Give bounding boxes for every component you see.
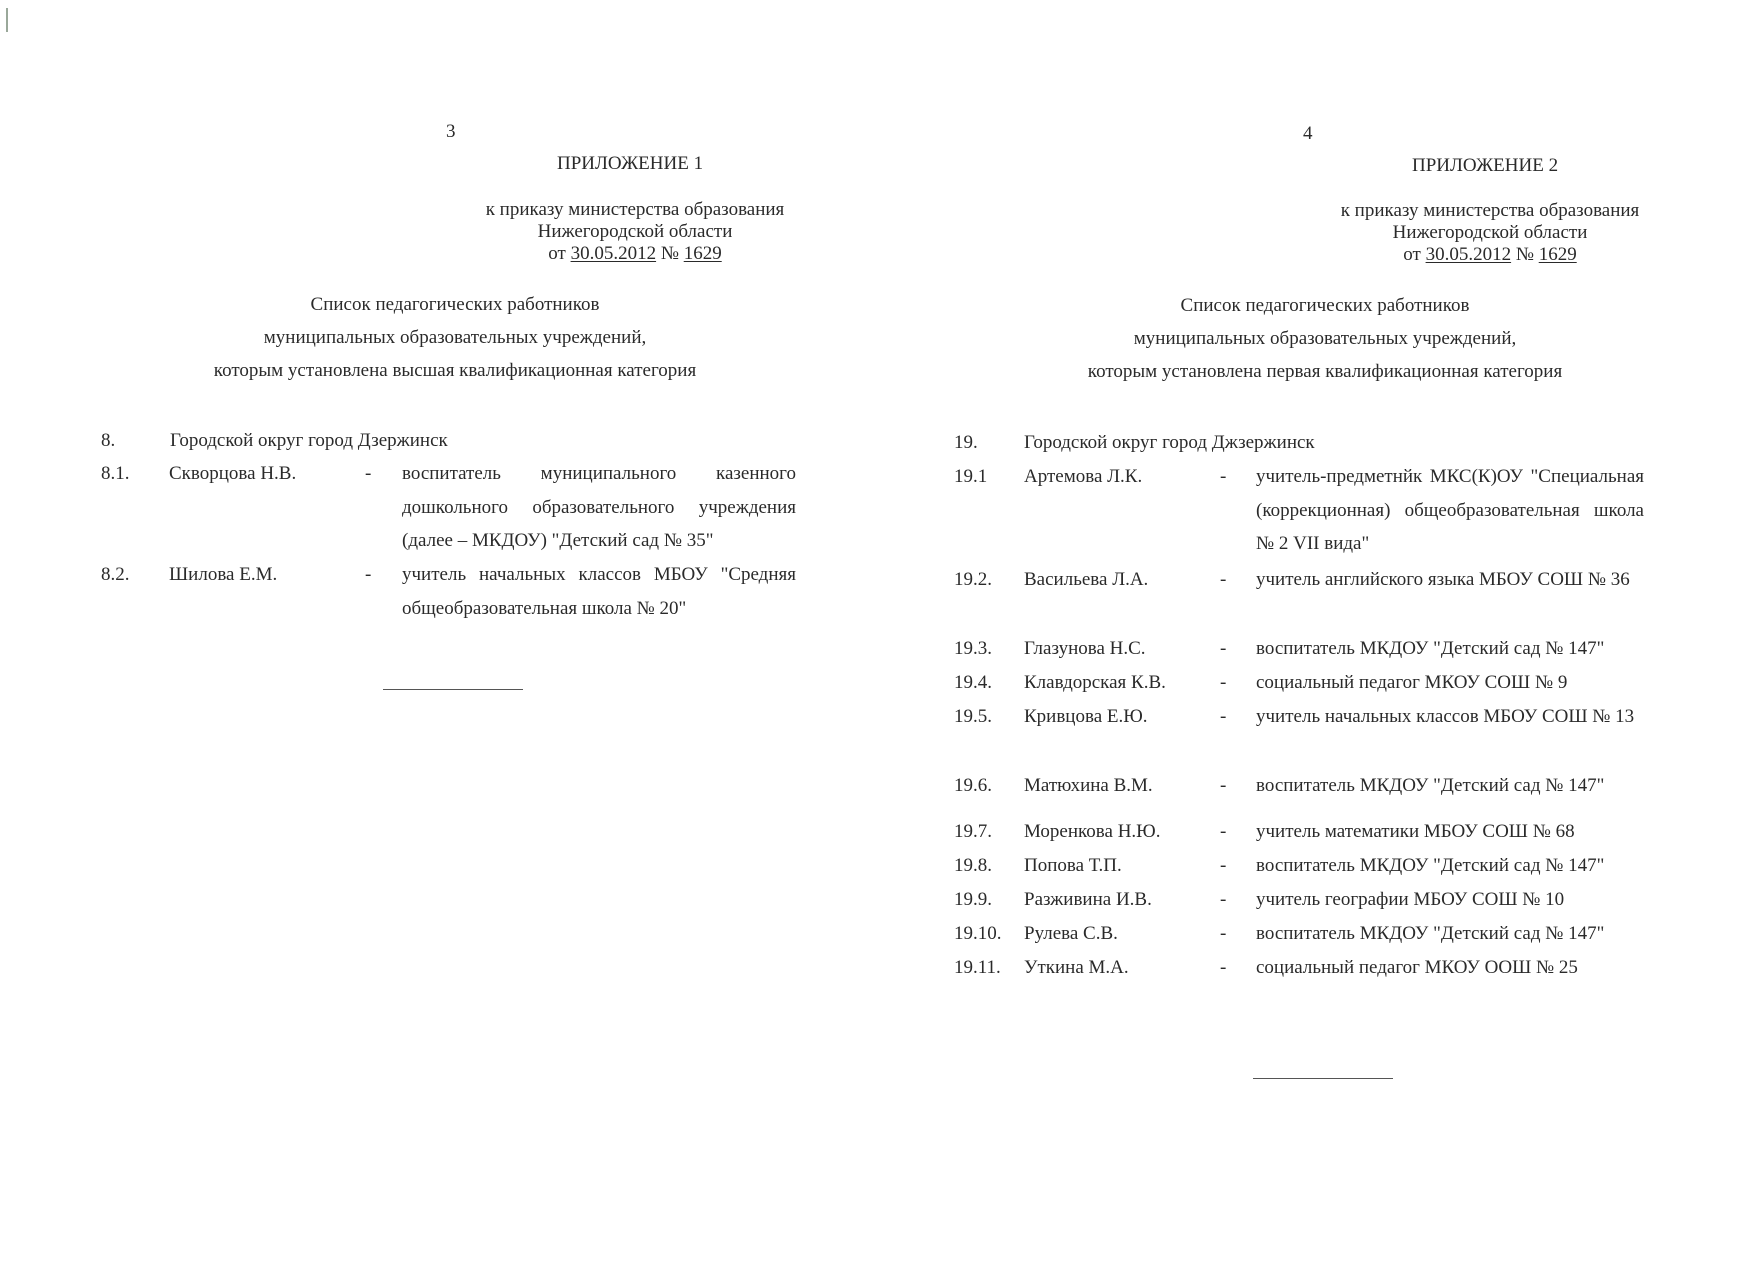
order-date-line: от 30.05.2012 № 1629 — [1325, 244, 1655, 266]
position-description: воспитатель муниципального казенного дош… — [402, 457, 796, 558]
person-name: Кривцова Е.Ю. — [1024, 706, 1148, 728]
person-name: Уткина М.А. — [1024, 957, 1129, 979]
position-description: учитель начальных классов МБОУ СОШ № 13 — [1256, 700, 1644, 734]
person-name: Матюхина В.М. — [1024, 775, 1153, 797]
person-name: Артемова Л.К. — [1024, 466, 1142, 488]
list-title: Список педагогических работников муницип… — [1045, 289, 1605, 388]
list-item: 19.1 Артемова Л.К. - учитель-предметнйк … — [954, 466, 1644, 569]
list-item: 8.2. Шилова Е.М. - учитель начальных кла… — [101, 564, 796, 631]
order-date: 30.05.2012 — [1426, 244, 1512, 265]
list-item: 19.11. Уткина М.А. - социальный педагог … — [954, 957, 1644, 991]
end-divider — [1253, 1078, 1393, 1079]
order-ref-line1: к приказу министерства образования — [470, 199, 800, 221]
list-title-line1: Список педагогических работников — [150, 288, 760, 321]
list-item: 8.1. Скворцова Н.В. - воспитатель муници… — [101, 463, 796, 564]
position-description: учитель математики МБОУ СОШ № 68 — [1256, 815, 1644, 849]
person-name: Глазунова Н.С. — [1024, 638, 1146, 660]
staff-list: 8. Городской округ город Дзержинск 8.1. … — [101, 430, 796, 631]
position-description: воспитатель МКДОУ "Детский сад № 147" — [1256, 917, 1644, 951]
list-title-line2: муниципальных образовательных учреждений… — [1045, 322, 1605, 355]
list-item: 19.5. Кривцова Е.Ю. - учитель начальных … — [954, 706, 1644, 775]
staff-list: 19. Городской округ город Джзержинск 19.… — [954, 432, 1644, 991]
person-name: Клавдорская К.В. — [1024, 672, 1166, 694]
page-3: 3 ПРИЛОЖЕНИЕ 1 к приказу министерства об… — [0, 0, 875, 1275]
position-description: социальный педагог МКОУ ООШ № 25 — [1256, 951, 1644, 985]
list-item: 19.2. Васильева Л.А. - учитель английско… — [954, 569, 1644, 638]
position-description: воспитатель МКДОУ "Детский сад № 147" — [1256, 769, 1644, 803]
order-date: 30.05.2012 — [571, 243, 657, 264]
list-title-line3: которым установлена первая квалификацион… — [1045, 355, 1605, 388]
position-description: социальный педагог МКОУ СОШ № 9 — [1256, 666, 1644, 700]
person-name: Шилова Е.М. — [169, 564, 277, 586]
list-title-line3: которым установлена высшая квалификацион… — [150, 354, 760, 387]
position-description: учитель-предметнйк МКС(К)ОУ "Специальная… — [1256, 460, 1644, 561]
order-ref-line2: Нижегородской области — [470, 221, 800, 243]
order-ref-line2: Нижегородской области — [1325, 222, 1655, 244]
page-number: 3 — [446, 121, 456, 143]
person-name: Васильева Л.А. — [1024, 569, 1148, 591]
order-ref-line1: к приказу министерства образования — [1325, 200, 1655, 222]
list-title-line2: муниципальных образовательных учреждений… — [150, 321, 760, 354]
position-description: учитель начальных классов МБОУ "Средняя … — [402, 558, 796, 625]
list-title-line1: Список педагогических работников — [1045, 289, 1605, 322]
appendix-title: ПРИЛОЖЕНИЕ 1 — [557, 153, 703, 175]
person-name: Рулева С.В. — [1024, 923, 1118, 945]
order-number: 1629 — [684, 243, 722, 264]
order-number: 1629 — [1539, 244, 1577, 265]
position-description: учитель географии МБОУ СОШ № 10 — [1256, 883, 1644, 917]
person-name: Моренкова Н.Ю. — [1024, 821, 1160, 843]
end-divider — [383, 689, 523, 690]
order-reference: к приказу министерства образования Нижег… — [1325, 200, 1655, 266]
position-description: учитель английского языка МБОУ СОШ № 36 — [1256, 563, 1644, 597]
page-number: 4 — [1303, 123, 1313, 145]
person-name: Разживина И.В. — [1024, 889, 1152, 911]
list-title: Список педагогических работников муницип… — [150, 288, 760, 387]
person-name: Попова Т.П. — [1024, 855, 1122, 877]
page-4: 4 ПРИЛОЖЕНИЕ 2 к приказу министерства об… — [875, 0, 1750, 1275]
appendix-title: ПРИЛОЖЕНИЕ 2 — [1412, 155, 1558, 177]
order-date-line: от 30.05.2012 № 1629 — [470, 243, 800, 265]
position-description: воспитатель МКДОУ "Детский сад № 147" — [1256, 632, 1644, 666]
person-name: Скворцова Н.В. — [169, 463, 296, 485]
position-description: воспитатель МКДОУ "Детский сад № 147" — [1256, 849, 1644, 883]
order-reference: к приказу министерства образования Нижег… — [470, 199, 800, 265]
